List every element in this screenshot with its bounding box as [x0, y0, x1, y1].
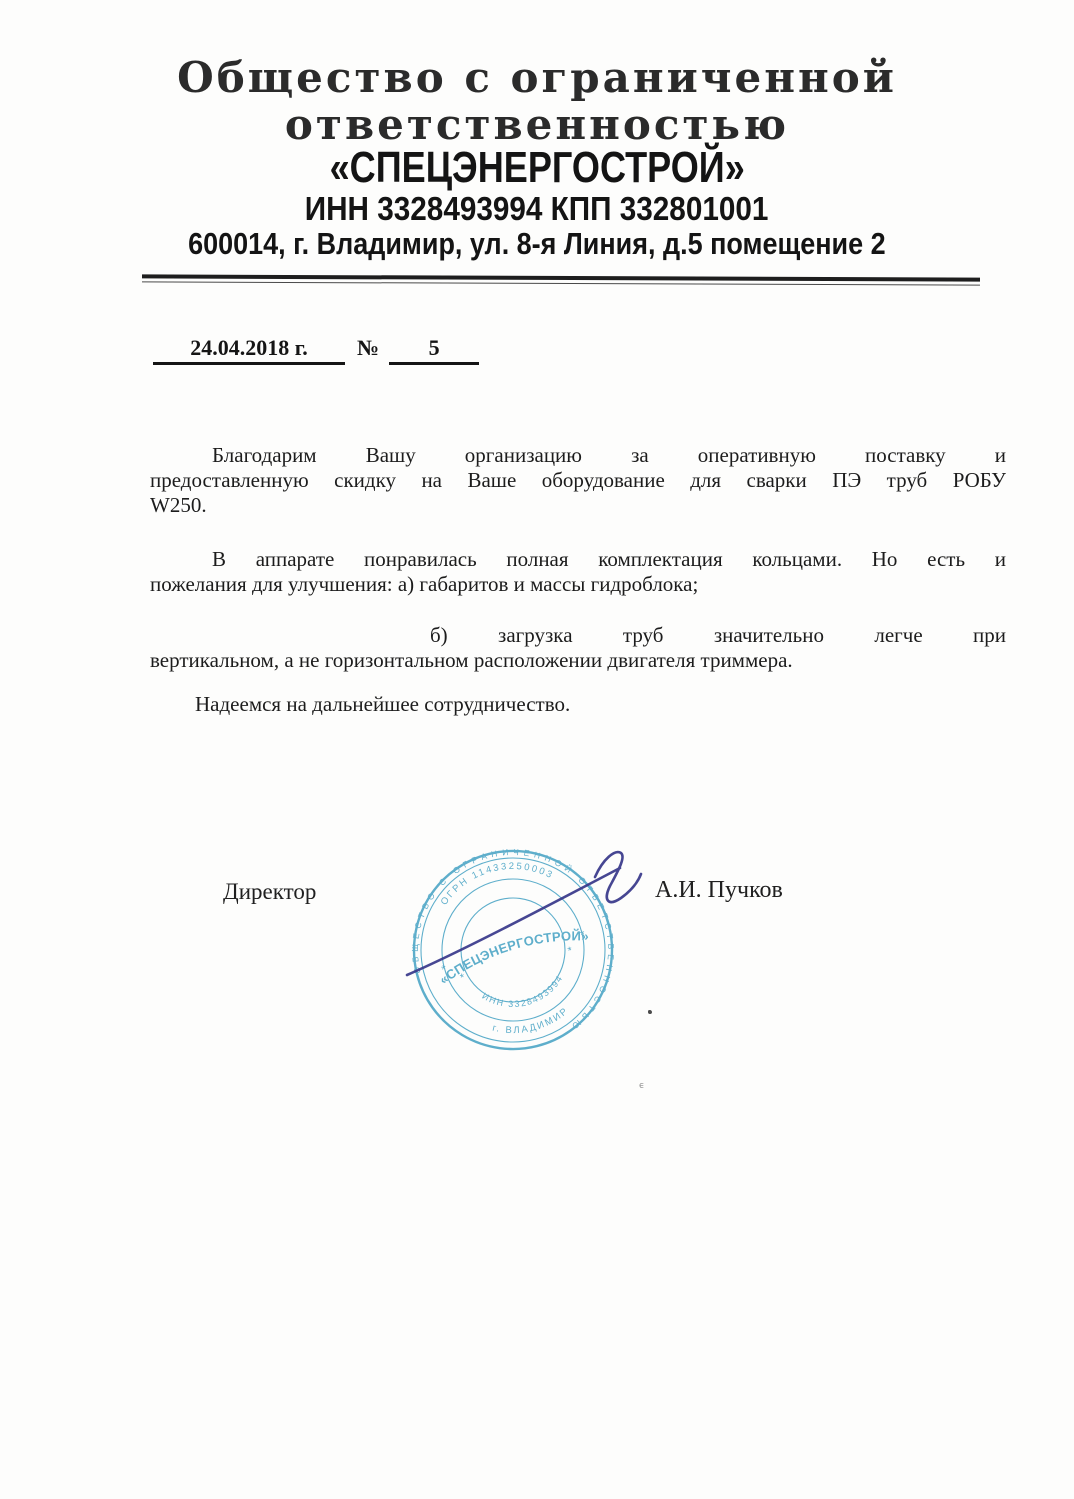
scanned-letter-page: Общество с ограниченной ответственностью… — [0, 0, 1074, 1499]
letter-body: Благодарим Вашу организацию за оперативн… — [150, 443, 1006, 717]
org-type-line1: Общество с ограниченной — [0, 55, 1074, 101]
scan-dust-speck: ϵ — [639, 1081, 646, 1087]
org-name: «СПЕЦЭНЕРГОСТРОЙ» — [0, 143, 1074, 193]
number-sign: № — [357, 335, 379, 361]
scan-dust-speck — [648, 1010, 652, 1014]
paragraph-feedback-b: б) загрузка труб значительно легче при в… — [150, 623, 1006, 673]
signer-title: Директор — [223, 879, 316, 905]
handwritten-signature — [370, 825, 670, 1015]
letter-number: 5 — [389, 335, 479, 365]
signer-name: А.И. Пучков — [655, 877, 783, 904]
paragraph-closing: Надеемся на дальнейшее сотрудничество. — [150, 692, 1006, 717]
org-type-line2: ответственностью — [0, 102, 1074, 148]
reference-row: 24.04.2018 г.№5 — [153, 335, 479, 365]
paragraph-thanks: Благодарим Вашу организацию за оперативн… — [150, 443, 1006, 518]
letterhead-divider — [142, 274, 980, 285]
paragraph-feedback-a: В аппарате понравилась полная комплектац… — [150, 547, 1006, 597]
org-address: 600014, г. Владимир, ул. 8-я Линия, д.5 … — [0, 226, 1074, 262]
letter-date: 24.04.2018 г. — [153, 335, 345, 365]
signature-svg — [370, 825, 670, 1015]
org-tax-ids: ИНН 3328493994 КПП 332801001 — [0, 190, 1074, 228]
